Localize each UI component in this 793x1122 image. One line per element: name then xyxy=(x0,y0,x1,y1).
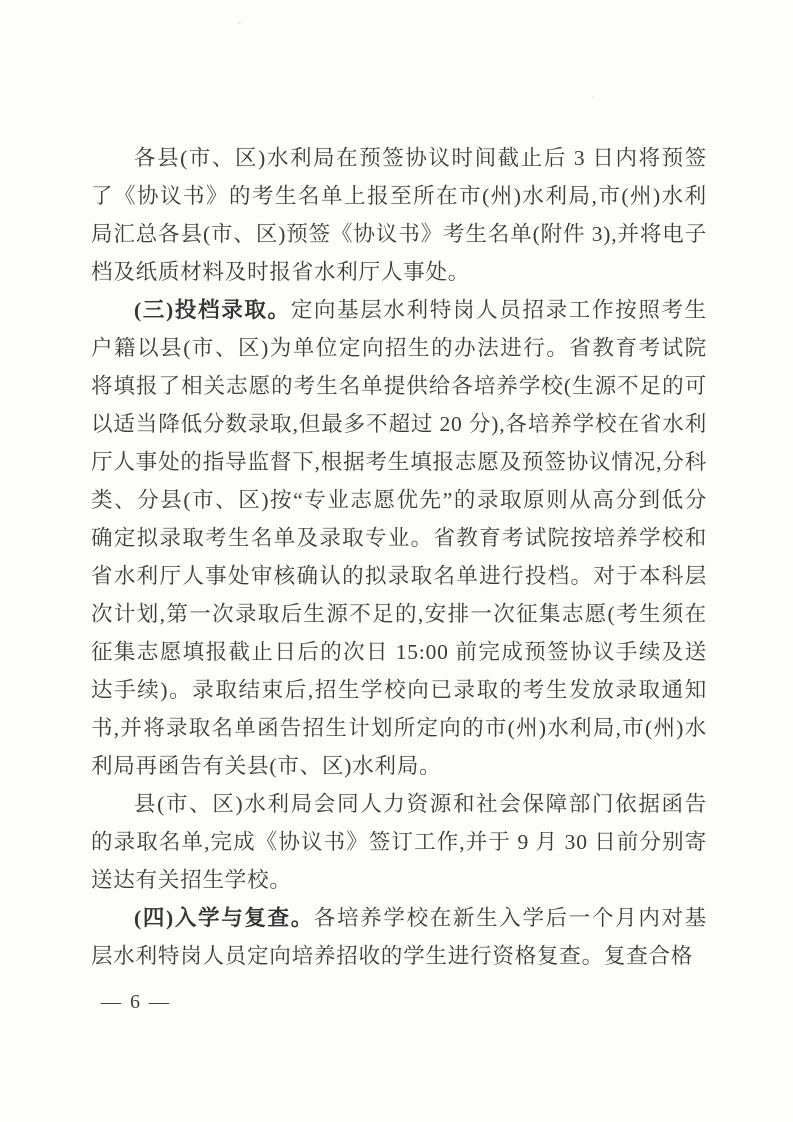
document-body: 各县(市、区)水利局在预签协议时间截止后 3 日内将预签了《协议书》的考生名单上… xyxy=(91,139,707,975)
paragraph-lead: (三)投档录取。 xyxy=(134,298,291,322)
paragraph-presign-report: 各县(市、区)水利局在预签协议时间截止后 3 日内将预签了《协议书》的考生名单上… xyxy=(91,139,707,291)
document-page: 各县(市、区)水利局在预签协议时间截止后 3 日内将预签了《协议书》的考生名单上… xyxy=(0,0,793,1122)
paragraph-text: 县(市、区)水利局会同人力资源和社会保障部门依据函告的录取名单,完成《协议书》签… xyxy=(91,792,707,892)
paragraph-text: 各县(市、区)水利局在预签协议时间截止后 3 日内将预签了《协议书》的考生名单上… xyxy=(91,146,707,284)
paragraph-lead: (四)入学与复查。 xyxy=(134,906,314,930)
page-number: — 6 — xyxy=(101,991,171,1014)
paragraph-agreement-signing: 县(市、区)水利局会同人力资源和社会保障部门依据函告的录取名单,完成《协议书》签… xyxy=(91,785,707,899)
paragraph-admission-filing: (三)投档录取。定向基层水利特岗人员招录工作按照考生户籍以县(市、区)为单位定向… xyxy=(91,291,707,785)
scan-speck xyxy=(238,22,241,24)
scan-speck xyxy=(592,96,594,98)
paragraph-text: 定向基层水利特岗人员招录工作按照考生户籍以县(市、区)为单位定向招生的办法进行。… xyxy=(91,298,707,778)
paragraph-enrollment-recheck: (四)入学与复查。各培养学校在新生入学后一个月内对基层水利特岗人员定向培养招收的… xyxy=(91,899,707,975)
